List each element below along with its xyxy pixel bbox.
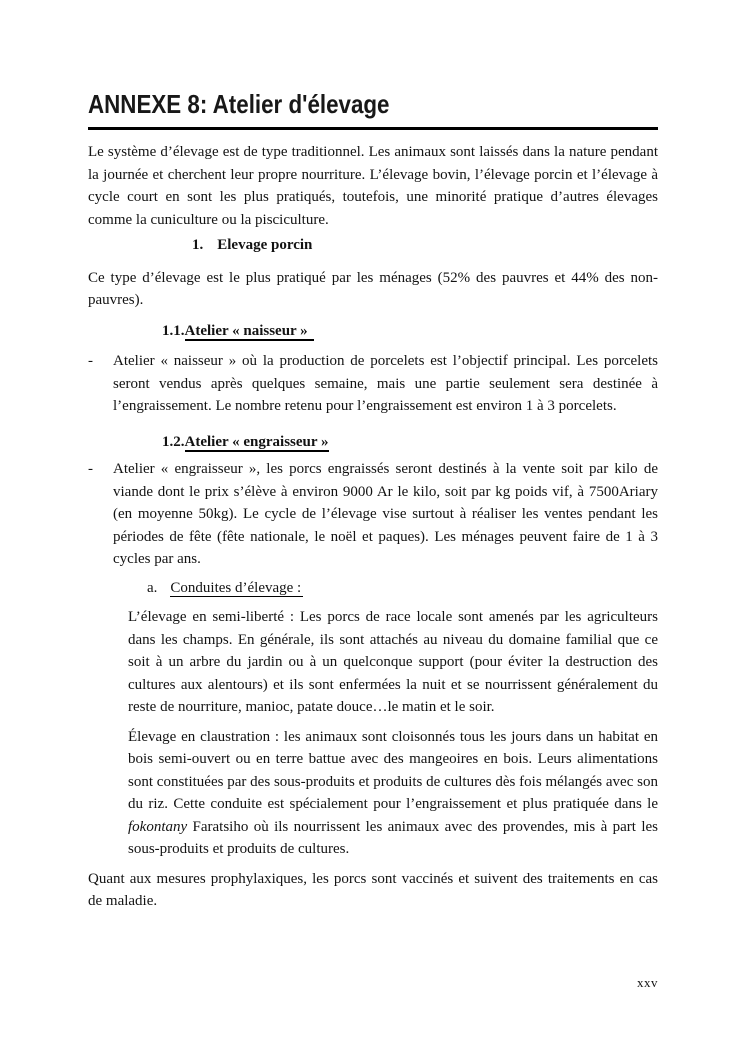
section-number: 1. xyxy=(192,237,203,253)
bullet-text-post: Faratsiho où ils nourrissent les animaux… xyxy=(128,819,658,858)
section-heading-text: Elevage porcin xyxy=(217,237,312,253)
page-number: xxv xyxy=(637,972,658,995)
page-title-text: ANNEXE 8: Atelier d'élevage xyxy=(88,90,389,118)
section-lead-paragraph: Ce type d’élevage est le plus pratiqué p… xyxy=(88,267,658,312)
page-title: ANNEXE 8: Atelier d'élevage xyxy=(88,90,658,123)
conduites-heading: a.Conduites d’élevage : xyxy=(147,577,658,600)
list-item-text: Atelier « naisseur » où la production de… xyxy=(113,350,658,418)
bullet-text-pre: Élevage en claustration : les animaux so… xyxy=(128,729,658,813)
dash-bullet-icon: - xyxy=(88,350,113,418)
subsection-number: 1.1. xyxy=(162,323,185,339)
list-item-engraisseur: - Atelier « engraisseur », les porcs eng… xyxy=(88,458,658,571)
dash-bullet-icon: - xyxy=(88,458,113,571)
subsection-heading-text: Atelier « engraisseur » xyxy=(185,434,329,452)
list-item-naisseur: - Atelier « naisseur » où la production … xyxy=(88,350,658,418)
subsection-heading-naisseur: 1.1.Atelier « naisseur » xyxy=(162,320,658,343)
section-heading-elevage-porcin: 1.Elevage porcin xyxy=(192,234,658,257)
bullet-item-claustration: Élevage en claustration : les animaux so… xyxy=(113,726,658,861)
subsection-heading-engraisseur: 1.2.Atelier « engraisseur » xyxy=(162,431,658,454)
list-item-text: Atelier « engraisseur », les porcs engra… xyxy=(113,458,658,571)
bullet-item-text: Élevage en claustration : les animaux so… xyxy=(128,726,658,861)
bullet-text-italic-fokontany: fokontany xyxy=(128,819,187,835)
bullet-item-text: L’élevage en semi-liberté : Les porcs de… xyxy=(128,606,658,719)
conduites-heading-text: Conduites d’élevage : xyxy=(170,580,303,597)
square-bullet-icon xyxy=(113,606,128,719)
title-underline-rule xyxy=(88,127,658,130)
closing-paragraph: Quant aux mesures prophylaxiques, les po… xyxy=(88,868,658,913)
square-bullet-icon xyxy=(113,726,128,861)
subsection-heading-text: Atelier « naisseur » xyxy=(185,323,314,341)
subsection-number: 1.2. xyxy=(162,434,185,450)
intro-paragraph: Le système d’élevage est de type traditi… xyxy=(88,141,658,231)
bullet-item-semi-liberte: L’élevage en semi-liberté : Les porcs de… xyxy=(113,606,658,719)
conduites-letter: a. xyxy=(147,580,157,596)
document-page: ANNEXE 8: Atelier d'élevage Le système d… xyxy=(0,0,745,1053)
